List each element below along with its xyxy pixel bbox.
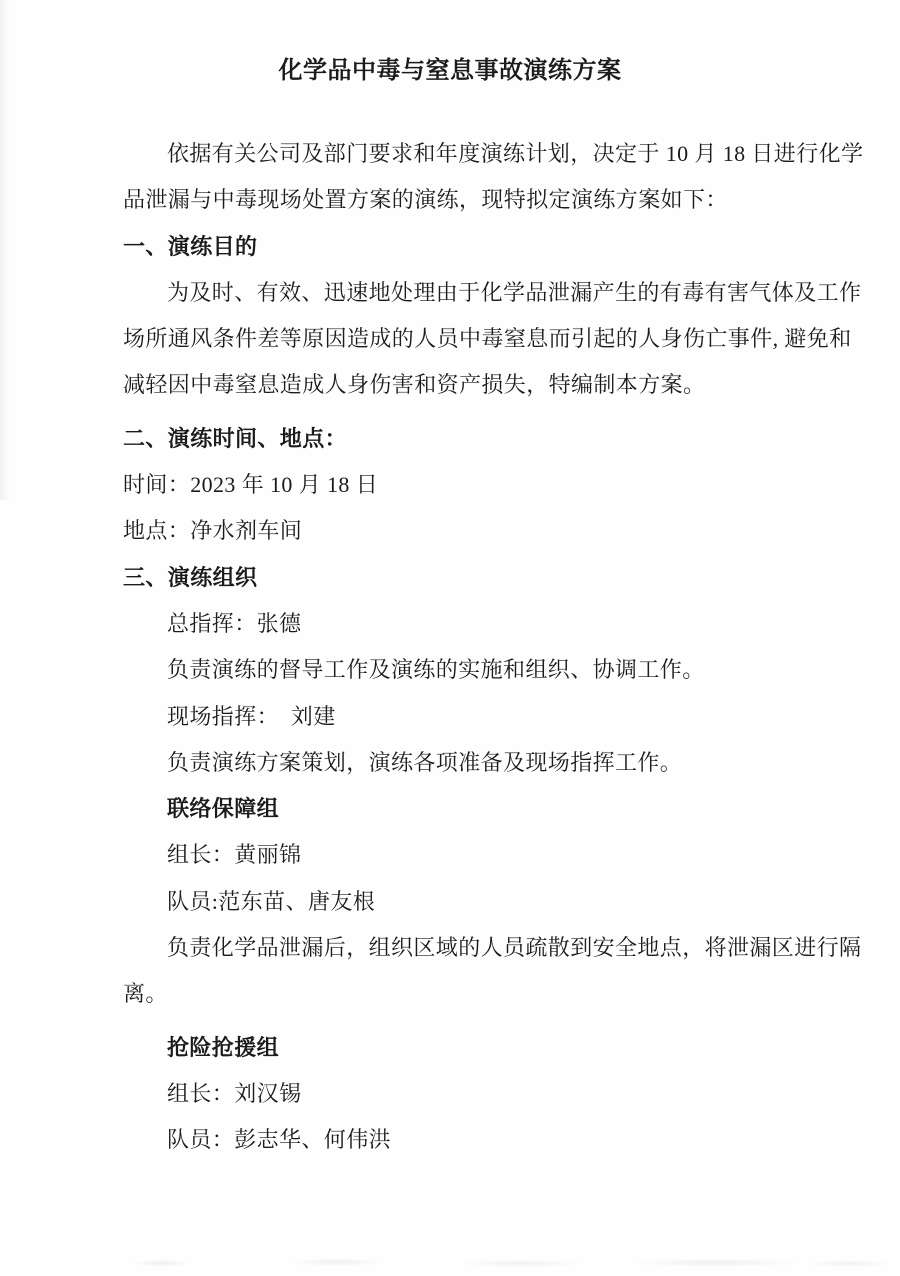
doc-text-line: 负责演练方案策划，演练各项准备及现场指挥工作。 <box>123 740 857 786</box>
doc-heading-line: 一、演练目的 <box>123 224 857 270</box>
doc-text-line: 时间：2023 年 10 月 18 日 <box>123 462 857 508</box>
doc-text-line: 品泄漏与中毒现场处置方案的演练，现特拟定演练方案如下： <box>123 177 857 223</box>
doc-text-line: 组长：刘汉锡 <box>123 1071 857 1117</box>
doc-text-line: 队员：彭志华、何伟洪 <box>123 1117 857 1163</box>
doc-text-line: 总指挥：张德 <box>123 601 857 647</box>
doc-heading-line: 三、演练组织 <box>123 555 857 601</box>
doc-text-line: 队员:范东苗、唐友根 <box>123 879 857 925</box>
doc-text-line: 场所通风条件差等原因造成的人员中毒窒息而引起的人身伤亡事件, 避免和 <box>123 316 857 362</box>
doc-heading-line: 二、演练时间、地点： <box>123 416 857 462</box>
doc-heading-line: 抢险抢援组 <box>123 1025 857 1071</box>
doc-text-line: 组长：黄丽锦 <box>123 832 857 878</box>
doc-text-line: 现场指挥： 刘建 <box>123 694 857 740</box>
doc-heading-line: 联络保障组 <box>123 786 857 832</box>
doc-text-line: 负责化学品泄漏后，组织区域的人员疏散到安全地点，将泄漏区进行隔 <box>123 925 857 971</box>
document-page: 化学品中毒与窒息事故演练方案 依据有关公司及部门要求和年度演练计划，决定于 10… <box>0 0 900 1276</box>
document-body: 依据有关公司及部门要求和年度演练计划，决定于 10 月 18 日进行化学品泄漏与… <box>123 131 857 1164</box>
doc-text-line: 离。 <box>123 971 857 1017</box>
doc-text-line: 为及时、有效、迅速地处理由于化学品泄漏产生的有毒有害气体及工作 <box>123 270 857 316</box>
doc-text-line: 减轻因中毒窒息造成人身伤害和资产损失，特编制本方案。 <box>123 362 857 408</box>
doc-text-line: 依据有关公司及部门要求和年度演练计划，决定于 10 月 18 日进行化学 <box>123 131 857 177</box>
doc-text-line: 地点：净水剂车间 <box>123 508 857 554</box>
scan-bottom-noise <box>60 1250 900 1272</box>
doc-text-line: 负责演练的督导工作及演练的实施和组织、协调工作。 <box>123 647 857 693</box>
document-title: 化学品中毒与窒息事故演练方案 <box>0 50 900 85</box>
